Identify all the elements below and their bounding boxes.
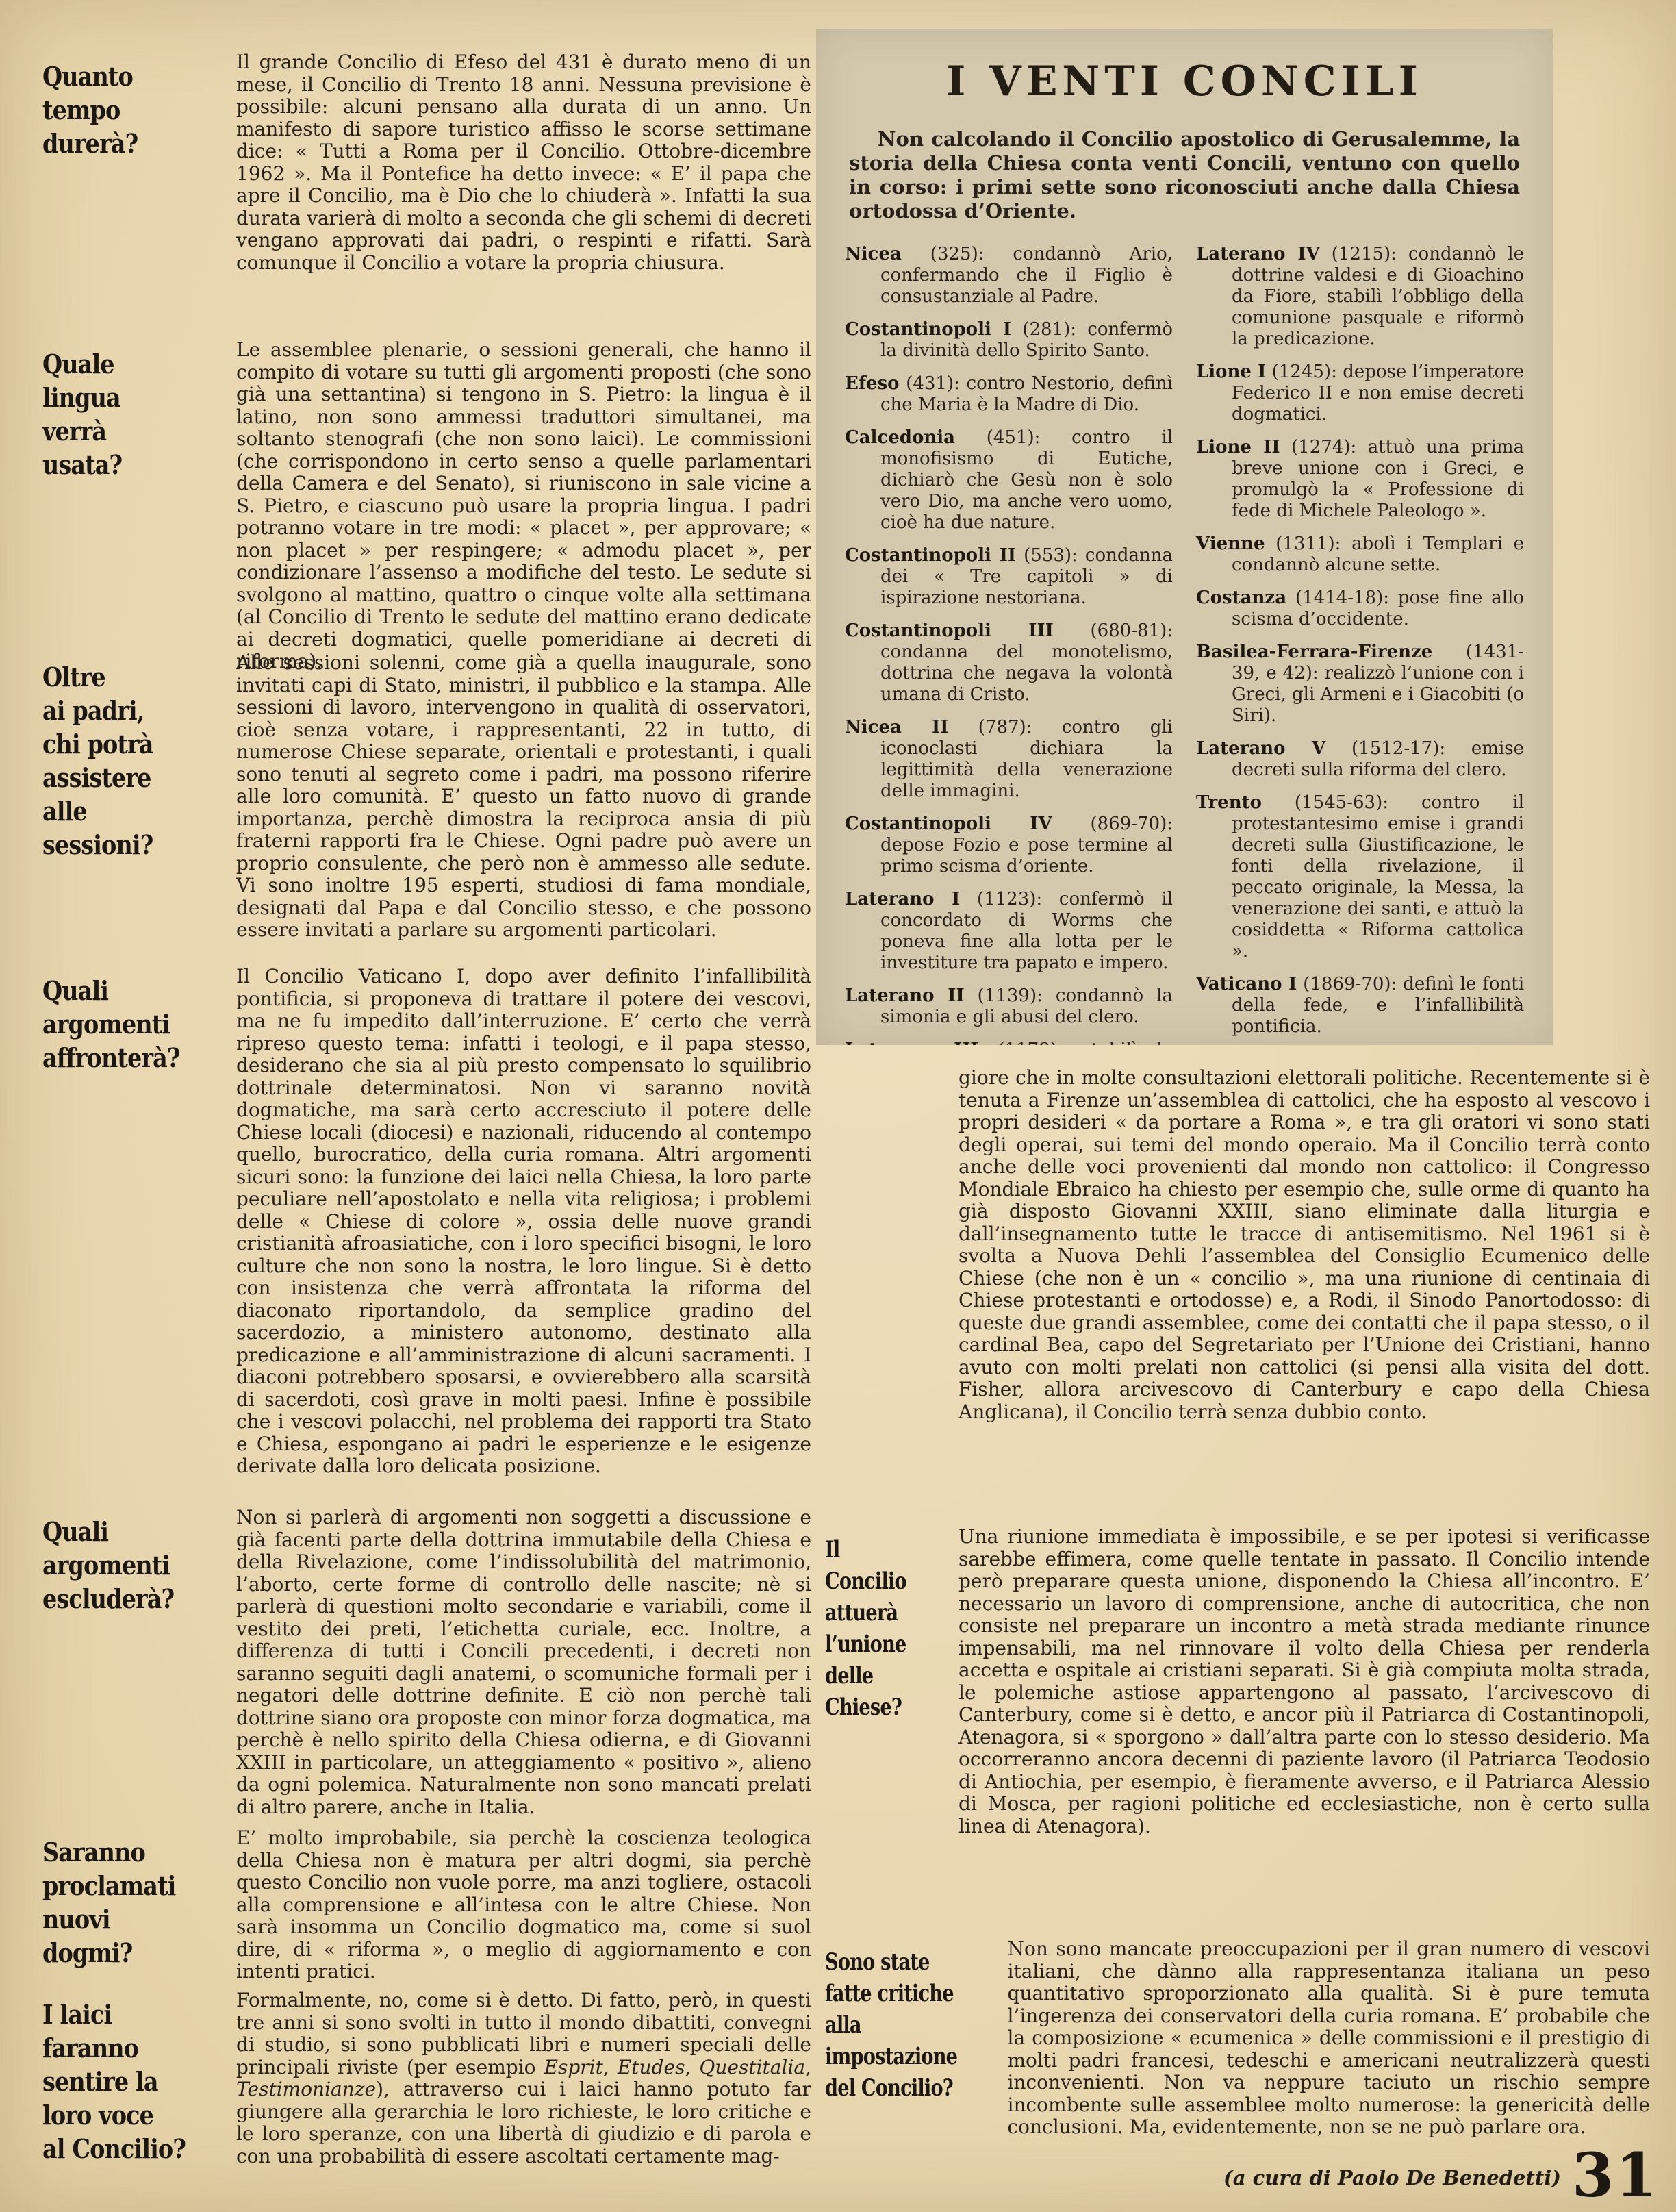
council-desc: condanna del monotelismo, dottrina che n… [880,642,1173,705]
council-desc: depose Fozio e pose termine al primo sci… [880,835,1173,877]
council-year: (1414-18): [1295,588,1389,608]
council-year: (281): [1022,319,1076,340]
answer-text: Il grande Concilio di Efeso del 431 è du… [236,51,811,274]
council-name: Laterano II [845,985,965,1006]
council-name: Costanza [1196,588,1286,608]
council-name: Calcedonia [845,427,955,448]
answer-segment: , [805,2056,811,2078]
council-name: Vaticano I [1196,974,1297,994]
answer-text: Le assemblee plenarie, o sessioni genera… [236,339,811,673]
council-name: Nicea [845,244,902,264]
councils-column-right: Laterano IV (1215): condannò le dottrine… [1196,244,1524,1045]
answer-segment: , [685,2056,699,2078]
council-entry: Costantinopoli II (553): condanna dei « … [845,545,1173,609]
council-year: (1512-17): [1351,738,1445,759]
council-year: (1274): [1291,437,1356,457]
council-entry: Costanza (1414-18): pose fine allo scism… [1196,588,1524,630]
councils-columns: Nicea (325): condannò Ario, confermando … [845,244,1524,1045]
council-entry: Efeso (431): contro Nestorio, definì che… [845,373,1173,416]
question-label: Quali argomenti affronterà? [42,966,193,1074]
council-entry: Laterano III (1179): stabilì la maggiora… [845,1040,1173,1045]
council-year: (869-70): [1090,814,1173,834]
council-year: (787): [978,717,1032,738]
question-label: I laici faranno sentire la loro voce al … [42,1989,193,2165]
box-title: I VENTI CONCILI [845,59,1524,104]
council-entry: Vienne (1311): abolì i Templari e condan… [1196,533,1524,576]
question-label: Quale lingua verrà usata? [42,339,193,481]
council-name: Costantinopoli I [845,319,1011,340]
qa-block-durata: Quanto tempo durerà? Il grande Concilio … [42,51,811,274]
councils-column-left: Nicea (325): condannò Ario, confermando … [845,244,1173,1045]
answer-text: E’ molto improbabile, sia perchè la cosc… [236,1827,811,1983]
council-year: (1311): [1275,533,1341,554]
continuation-paragraph: giore che in molte consultazioni elettor… [958,1067,1650,1423]
qa-block-assistere: Oltre ai padri, chi potrà assistere alle… [42,652,811,942]
answer-text: Il Concilio Vaticano I, dopo aver defini… [236,966,811,1478]
council-entry: Laterano II (1139): condannò la simonia … [845,985,1173,1028]
council-entry: Trento (1545-63): contro il protestantes… [1196,792,1524,962]
council-year: (325): [930,244,985,264]
council-name: Basilea-Ferrara-Firenze [1196,642,1432,662]
council-year: (1215): [1332,244,1397,264]
question-label: Saranno proclamati nuovi dogmi? [42,1827,193,1970]
answer-text: Formalmente, no, come si è detto. Di fat… [236,1989,811,2167]
council-name: Costantinopoli IV [845,814,1052,834]
council-entry: Costantinopoli III (680-81): condanna de… [845,620,1173,705]
question-label: Il Concilio attuerà l’unione delle Chies… [825,1526,918,1723]
council-year: (553): [1024,545,1078,566]
council-year: (1869-70): [1303,974,1397,994]
attribution: (a cura di Paolo De Benedetti) [958,2166,1561,2189]
qa-block-critiche: Sono state fatte critiche alla impostazi… [825,1938,1650,2139]
councils-box: I VENTI CONCILI Non calcolando il Concil… [816,29,1553,1045]
answer-text: Alle sessioni solenni, come già a quella… [236,652,811,942]
council-name: Nicea II [845,717,948,738]
council-year: (1123): [977,889,1042,909]
page-number: 31 [1572,2139,1658,2211]
council-name: Laterano V [1196,738,1325,759]
council-year: (1139): [978,985,1043,1006]
council-entry: Lione II (1274): attuò una prima breve u… [1196,437,1524,522]
journal-name: Etudes [618,2056,685,2078]
council-year: (1179): [998,1040,1063,1045]
journal-name: Esprit [544,2056,603,2078]
council-name: Costantinopoli III [845,620,1054,641]
question-label: Sono state fatte critiche alla impostazi… [825,1938,957,2104]
answer-text: Non sono mancate preoccupazioni per il g… [1007,1938,1650,2139]
council-entry: Nicea II (787): contro gli iconoclasti d… [845,717,1173,802]
council-year: (680-81): [1090,620,1173,641]
council-entry: Lione I (1245): depose l’imperatore Fede… [1196,362,1524,425]
council-year: (1245): [1272,362,1337,382]
council-entry: Laterano IV (1215): condannò le dottrine… [1196,244,1524,350]
council-year: (431): [906,373,960,394]
council-entry: Calcedonia (451): contro il monofisismo … [845,427,1173,533]
question-label: Quali argomenti escluderà? [42,1507,193,1616]
council-name: Lione II [1196,437,1280,457]
council-entry: Laterano I (1123): confermò il concordat… [845,889,1173,974]
council-name: Trento [1196,792,1262,813]
council-year: (451): [987,427,1041,448]
council-name: Costantinopoli II [845,545,1016,566]
council-entry: Nicea (325): condannò Ario, confermando … [845,244,1173,307]
council-entry: Costantinopoli I (281): confermò la divi… [845,319,1173,362]
council-name: Vienne [1196,533,1265,554]
magazine-page: Quanto tempo durerà? Il grande Concilio … [0,0,1676,2212]
qa-block-nuovi-dogmi: Saranno proclamati nuovi dogmi? E’ molto… [42,1827,811,1983]
qa-block-laici: I laici faranno sentire la loro voce al … [42,1989,811,2167]
council-entry: Basilea-Ferrara-Firenze (1431-39, e 42):… [1196,642,1524,727]
qa-block-argomenti-escludera: Quali argomenti escluderà? Non si parler… [42,1507,811,1818]
answer-text: Non si parlerà di argomenti non soggetti… [236,1507,811,1818]
council-desc: contro il protestantesimo emise i grandi… [1232,792,1524,962]
council-name: Laterano III [845,1040,979,1045]
council-entry: Laterano V (1512-17): emise decreti sull… [1196,738,1524,781]
qa-block-lingua: Quale lingua verrà usata? Le assemblee p… [42,339,811,673]
journal-name: Questitalia [699,2056,805,2078]
answer-text: Una riunione immediata è impossibile, e … [958,1526,1650,1837]
council-year: (1545-63): [1295,792,1388,813]
answer-segment: , [603,2056,618,2078]
council-name: Laterano I [845,889,960,909]
qa-block-unione-chiese: Il Concilio attuerà l’unione delle Chies… [825,1526,1650,1837]
council-name: Laterano IV [1196,244,1320,264]
council-name: Lione I [1196,362,1266,382]
question-label: Quanto tempo durerà? [42,51,193,160]
question-label: Oltre ai padri, chi potrà assistere alle… [42,652,193,862]
council-entry: Vaticano I (1869-70): definì le fonti de… [1196,974,1524,1038]
council-entry: Costantinopoli IV (869-70): depose Fozio… [845,814,1173,877]
journal-name: Testimonianze [236,2078,376,2100]
box-intro: Non calcolando il Concilio apostolico di… [849,127,1520,223]
council-desc: condannò Ario, confermando che il Figlio… [880,244,1173,307]
council-name: Efeso [845,373,900,394]
qa-block-argomenti-affrontera: Quali argomenti affronterà? Il Concilio … [42,966,811,1478]
